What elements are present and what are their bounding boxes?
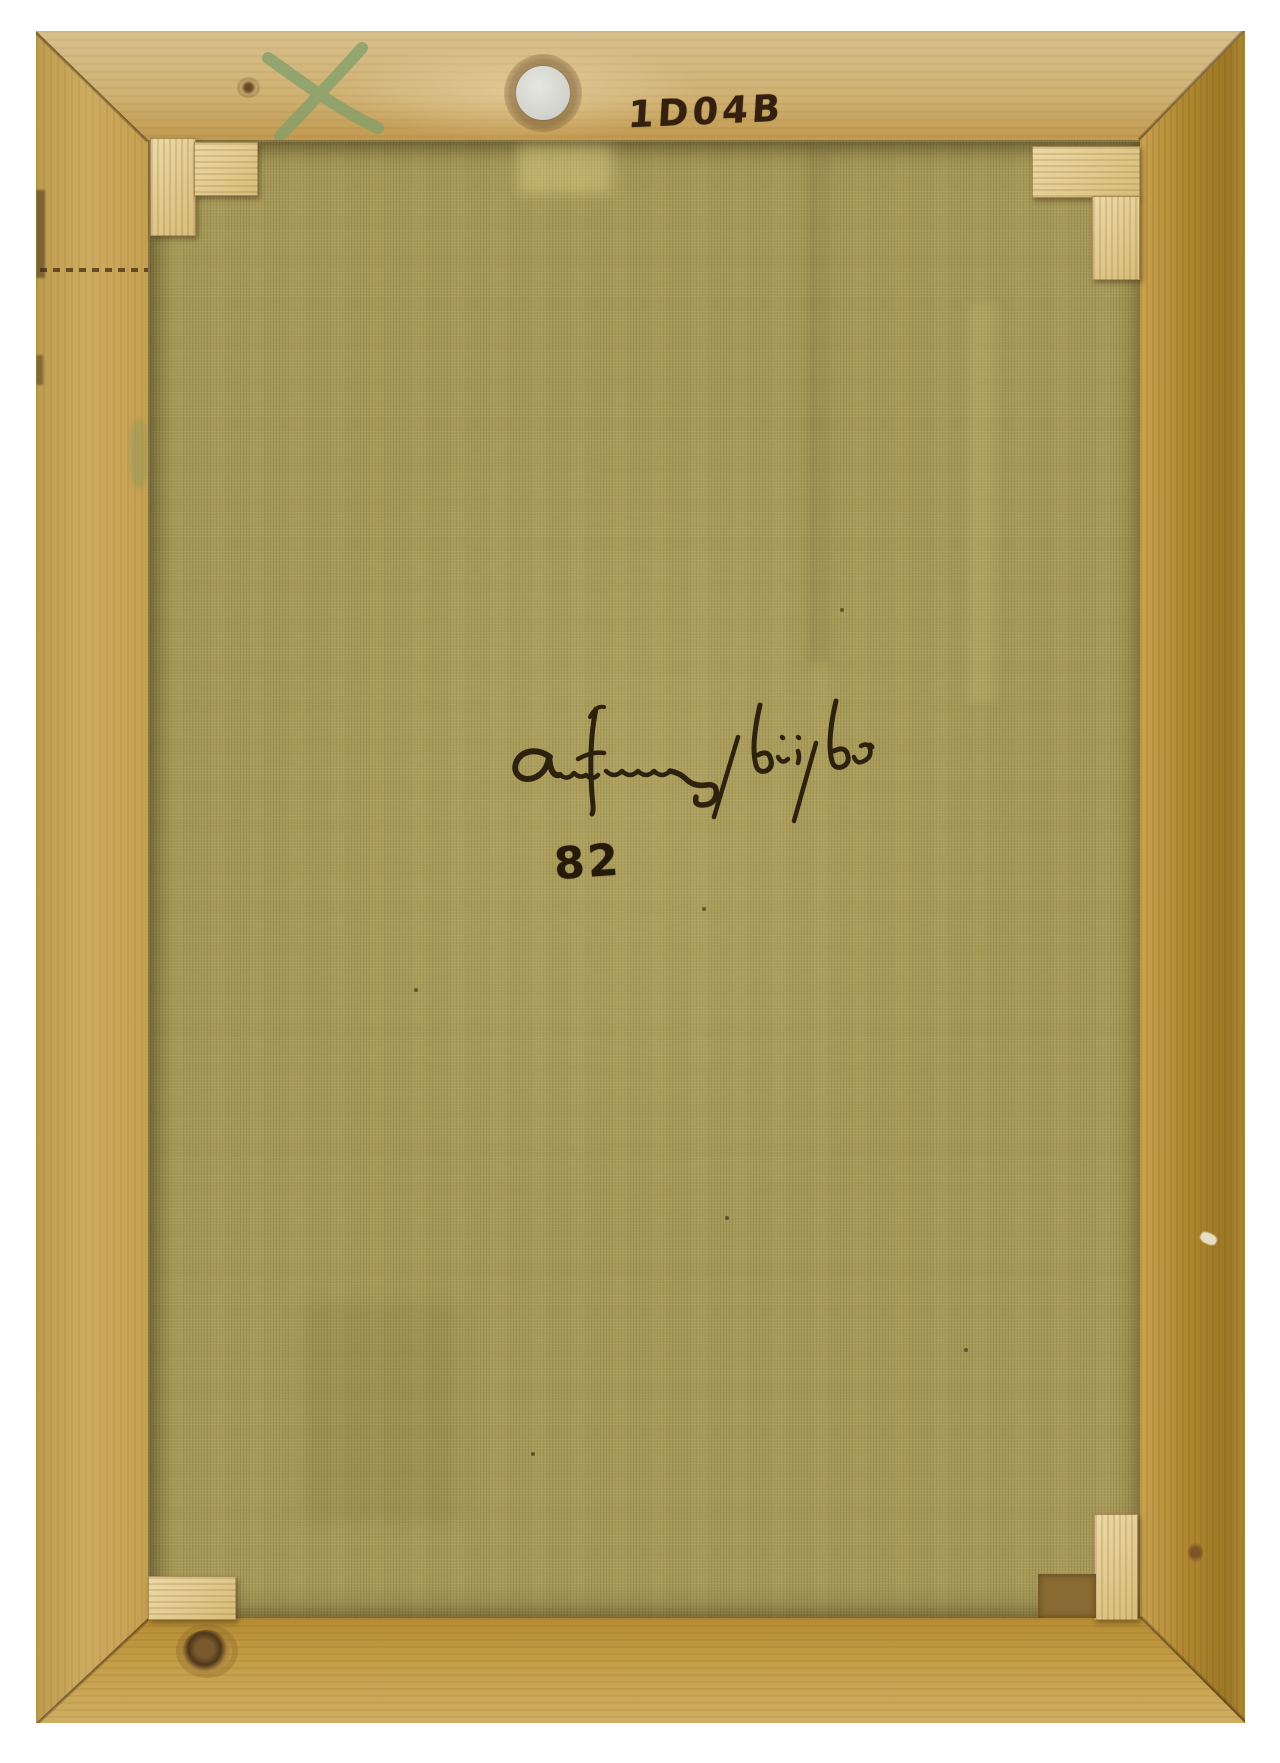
canvas-shadow-streak [807,142,829,662]
canvas-shadow-patch [302,1302,462,1522]
green-crayon-x-mark [250,40,395,140]
corner-key-top-left-vertical [150,138,196,236]
canvas-speck [964,1348,968,1352]
stretcher-bar-left [36,31,148,1723]
corner-key-top-right-vertical [1092,196,1140,280]
scratch-left-bar [40,268,148,272]
canvas-light-streak [967,302,997,702]
canvas-back: 82 [148,140,1144,1622]
canvas-speck [840,608,844,612]
canvas-speck [725,1216,729,1220]
date-inscription: 82 [552,833,645,890]
canvas-speck [414,988,418,992]
artwork-photo: 82 1D04B [36,31,1245,1723]
canvas-speck [702,907,706,911]
photo-of-painting-verso: 82 1D04B [0,0,1280,1763]
round-white-sticker [516,66,570,120]
corner-key-top-left-horizontal [194,142,258,196]
wood-knot-top-bar [240,80,257,95]
artist-signature-handwriting [472,687,882,827]
corner-key-top-right-horizontal [1032,146,1140,198]
green-paint-smudge [130,420,148,488]
canvas-speck [531,1452,535,1456]
corner-key-bottom-right [1094,1514,1138,1620]
canvas-pale-patch [517,144,612,194]
wood-knot-right-bar [1188,1542,1203,1563]
inventory-code-inscription: 1D04B [627,85,829,137]
edge-smudge [36,355,43,385]
stretcher-bar-right [1140,31,1245,1723]
canvas-fold-patch-bottom-right [1038,1574,1096,1618]
corner-key-bottom-left [148,1576,236,1620]
edge-smudge [36,190,45,278]
wood-knot-bottom-bar [182,1630,232,1672]
